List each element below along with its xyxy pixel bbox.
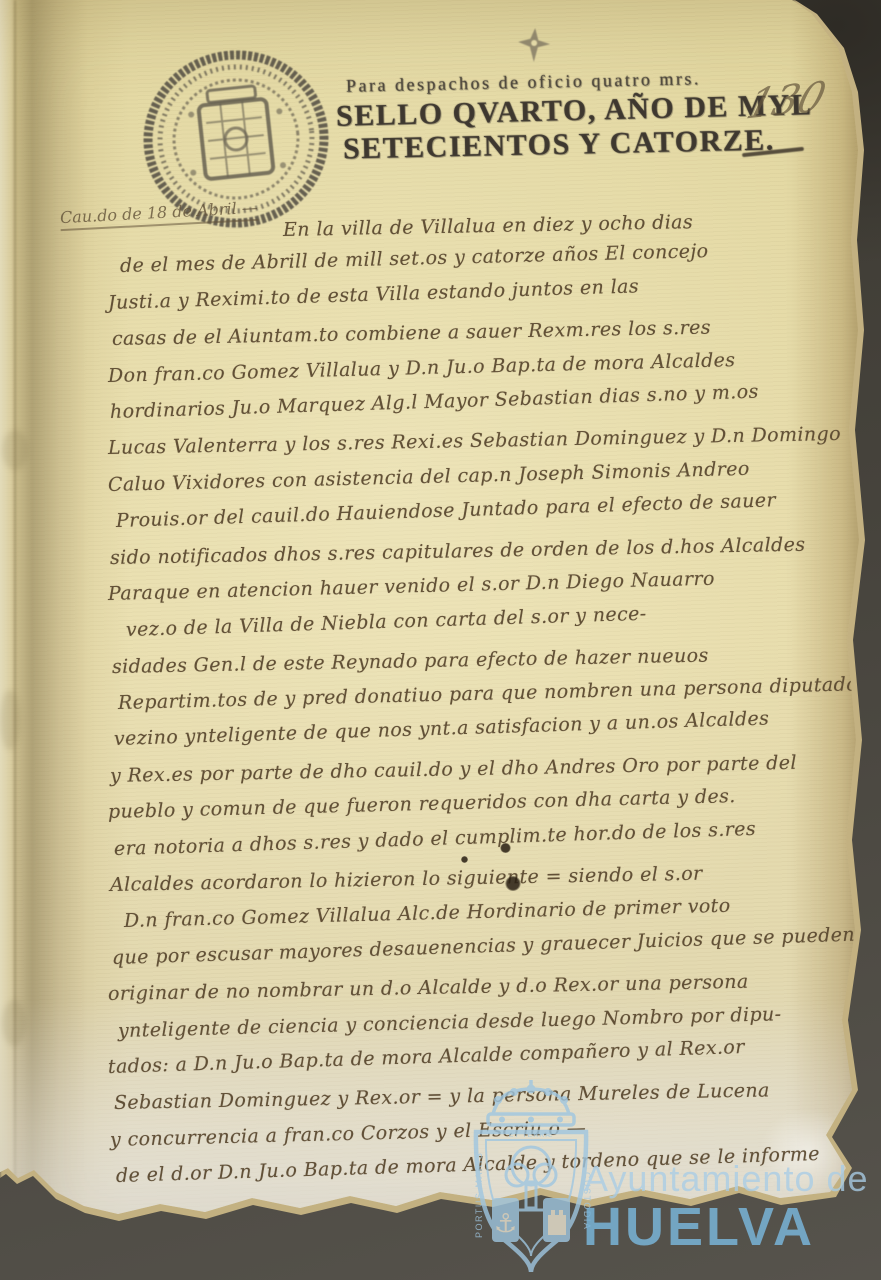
scanned-manuscript-page: Para despachos de oficio quatro mrs. SEL… [0,0,881,1280]
ink-blot [461,856,468,863]
watermark-org-name: Ayuntamiento de [584,1158,869,1200]
maltese-cross-icon [515,25,554,65]
watermark-city-name: HUELVA [583,1196,815,1258]
anchor-icon: ⚓ [494,1209,517,1239]
ink-blot [505,876,521,891]
manuscript-body: En la villa de Villalua en diez y ocho d… [108,212,853,1195]
shield-motto-left: PORTUS MARIS [474,1152,484,1238]
ink-bleedthrough [2,1000,26,1046]
shield-motto-top: ET TERRÆ [509,1132,554,1139]
ink-bleedthrough [2,430,28,470]
ink-bleedthrough [0,690,20,750]
ink-blot [500,843,511,853]
